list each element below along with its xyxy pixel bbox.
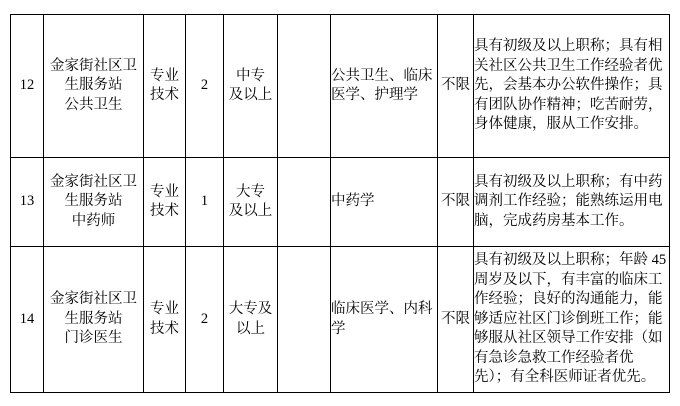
cell-seq-number: 13 — [11, 158, 44, 247]
cell-seq-number: 12 — [11, 15, 44, 158]
cell-seq-number: 14 — [11, 247, 44, 393]
cell-requirements: 具有初级及以上职称；有中药调剂工作经验；能熟练运用电脑，完成药房基本工作。 — [474, 158, 670, 247]
cell-education: 大专 及以上 — [224, 158, 278, 247]
cell-category: 专业 技术 — [144, 15, 186, 158]
cell-limit: 不限 — [438, 15, 474, 158]
cell-blank — [278, 15, 331, 158]
recruitment-table: 12 金家街社区卫生服务站 公共卫生 专业 技术 2 中专 及以上 公共卫生、临… — [10, 14, 670, 393]
cell-major: 中药学 — [331, 158, 438, 247]
cell-limit: 不限 — [438, 158, 474, 247]
table-row: 12 金家街社区卫生服务站 公共卫生 专业 技术 2 中专 及以上 公共卫生、临… — [11, 15, 670, 158]
cell-requirements: 具有初级及以上职称；具有相关社区公共卫生工作经验者优先，会基本办公软件操作；具有… — [474, 15, 670, 158]
cell-position-name: 金家街社区卫生服务站 门诊医生 — [44, 247, 144, 393]
cell-education: 大专及 以上 — [224, 247, 278, 393]
cell-blank — [278, 247, 331, 393]
cell-headcount: 2 — [186, 15, 224, 158]
cell-blank — [278, 158, 331, 247]
cell-position-name: 金家街社区卫生服务站 公共卫生 — [44, 15, 144, 158]
cell-major: 临床医学、内科 学 — [331, 247, 438, 393]
cell-education: 中专 及以上 — [224, 15, 278, 158]
table-row: 14 金家街社区卫生服务站 门诊医生 专业 技术 2 大专及 以上 临床医学、内… — [11, 247, 670, 393]
cell-requirements: 具有初级及以上职称；年龄 45周岁及以下，有丰富的临床工作经验；良好的沟通能力，… — [474, 247, 670, 393]
cell-category: 专业 技术 — [144, 158, 186, 247]
page: 12 金家街社区卫生服务站 公共卫生 专业 技术 2 中专 及以上 公共卫生、临… — [0, 0, 680, 406]
cell-headcount: 2 — [186, 247, 224, 393]
cell-headcount: 1 — [186, 158, 224, 247]
cell-major: 公共卫生、临床 医学、护理学 — [331, 15, 438, 158]
cell-position-name: 金家街社区卫生服务站 中药师 — [44, 158, 144, 247]
cell-category: 专业 技术 — [144, 247, 186, 393]
table-row: 13 金家街社区卫生服务站 中药师 专业 技术 1 大专 及以上 中药学 不限 … — [11, 158, 670, 247]
cell-limit: 不限 — [438, 247, 474, 393]
